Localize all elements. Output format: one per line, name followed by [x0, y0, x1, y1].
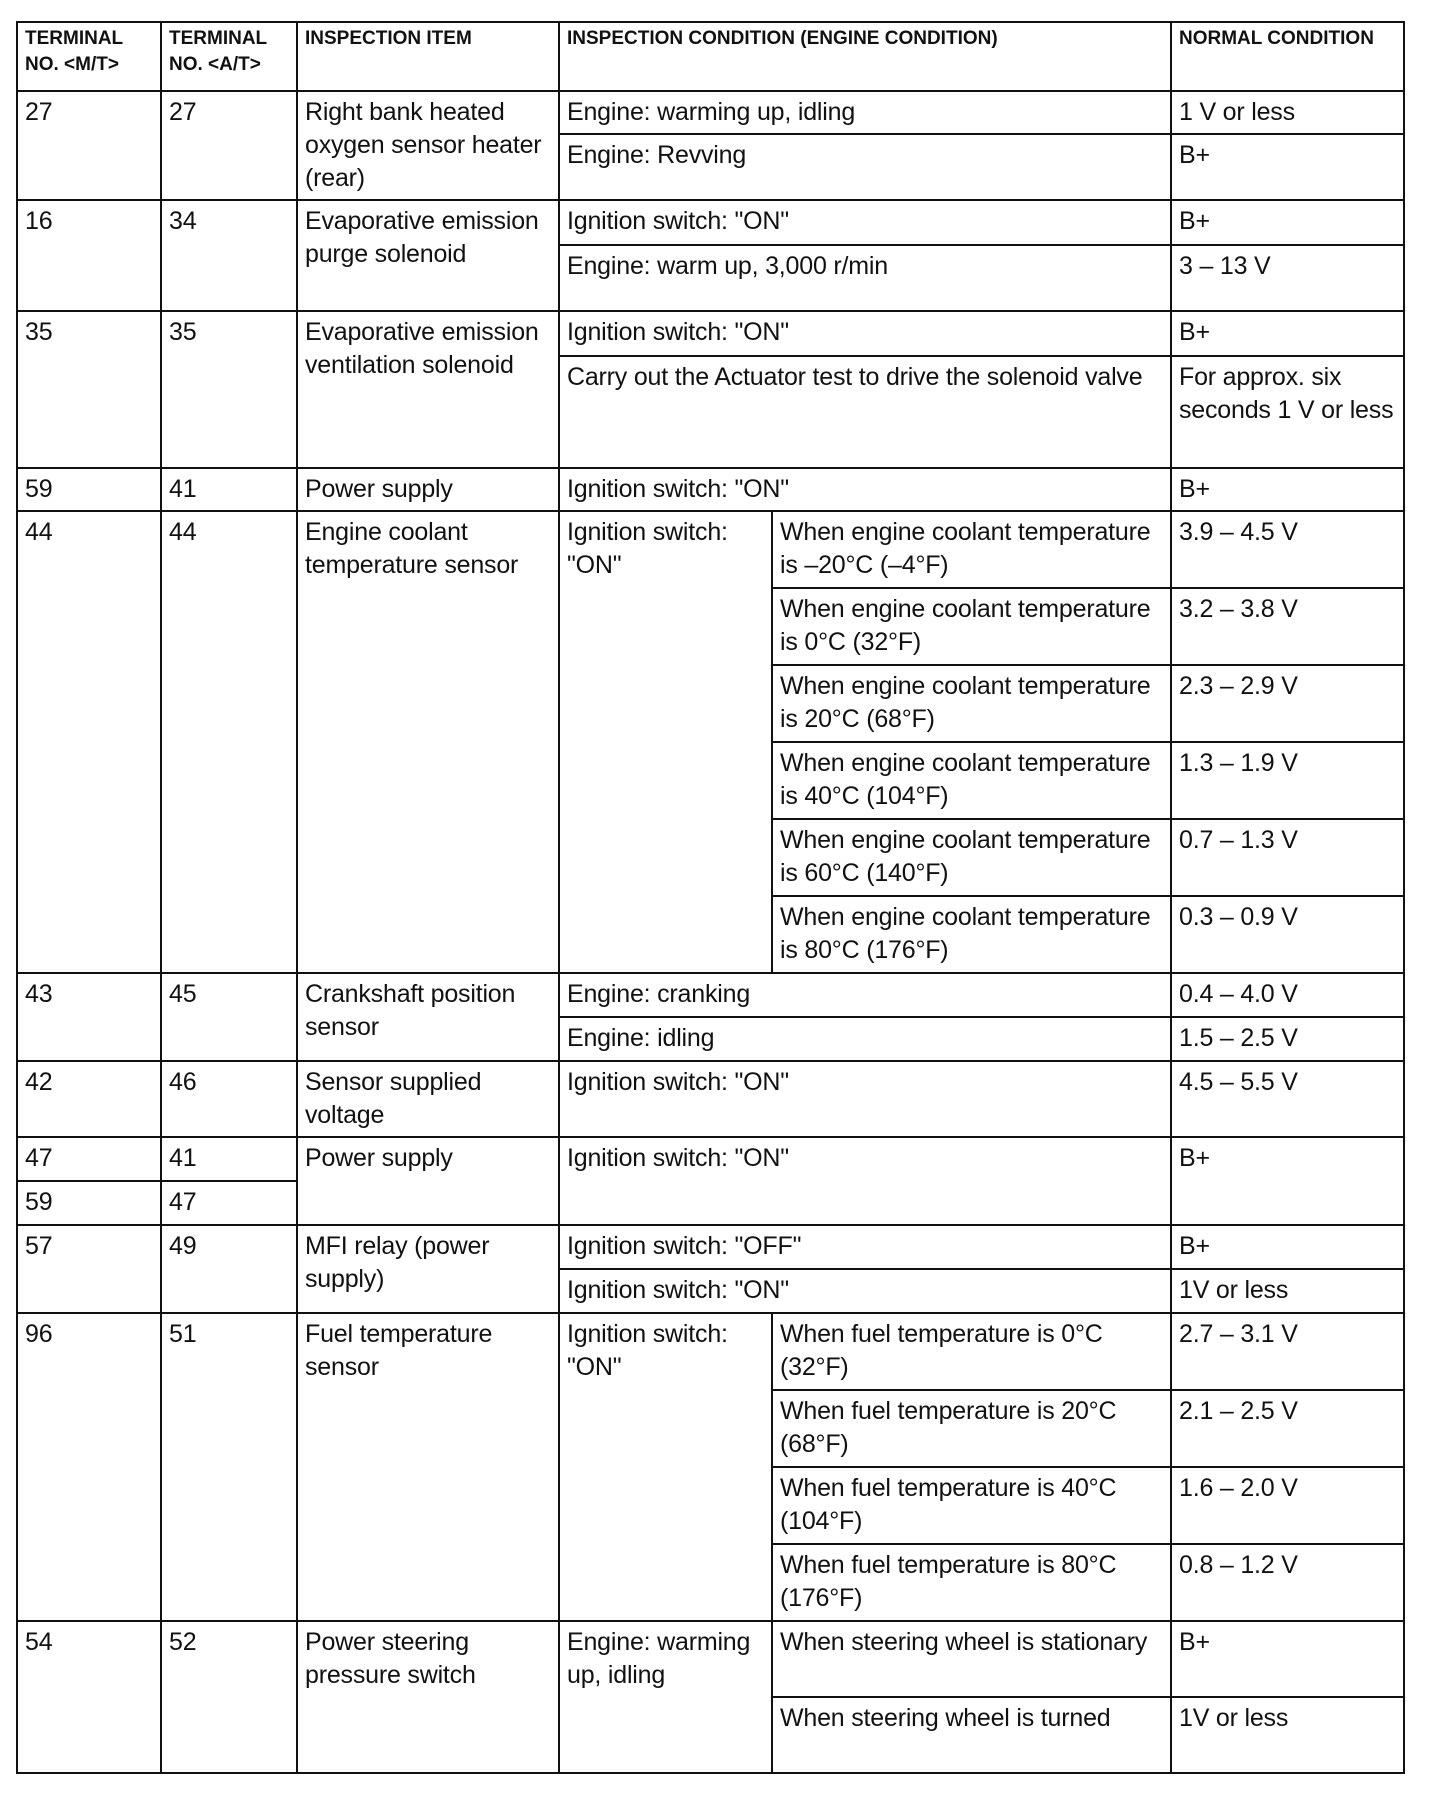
normal-condition: B+ — [1171, 311, 1404, 356]
normal-condition: 3 – 13 V — [1171, 245, 1404, 311]
normal-condition: 2.7 – 3.1 V — [1171, 1313, 1404, 1390]
inspection-condition: Ignition switch: "ON" — [559, 468, 1171, 511]
inspection-condition: Ignition switch: "ON" — [559, 1137, 1171, 1225]
normal-condition: 1.3 – 1.9 V — [1171, 742, 1404, 819]
inspection-condition: Ignition switch: "ON" — [559, 1061, 1171, 1137]
table-row: 47 41 Power supply Ignition switch: "ON"… — [17, 1137, 1404, 1181]
terminal-mt: 59 — [17, 468, 161, 511]
terminal-at: 41 — [161, 1137, 297, 1181]
inspection-condition: Ignition switch: "ON" — [559, 200, 1171, 245]
normal-condition: B+ — [1171, 200, 1404, 245]
sub-condition: When fuel temperature is 80°C (176°F) — [772, 1544, 1171, 1621]
terminal-at: 45 — [161, 973, 297, 1061]
table-row: 59 41 Power supply Ignition switch: "ON"… — [17, 468, 1404, 511]
normal-condition: 1.5 – 2.5 V — [1171, 1017, 1404, 1061]
inspection-condition: Ignition switch: "ON" — [559, 311, 1171, 356]
terminal-at: 51 — [161, 1313, 297, 1621]
table-row: 35 35 Evaporative emission ventilation s… — [17, 311, 1404, 356]
terminal-mt: 35 — [17, 311, 161, 468]
sub-condition: When fuel temperature is 0°C (32°F) — [772, 1313, 1171, 1390]
main-condition: Ignition switch: "ON" — [559, 511, 772, 973]
inspection-item: Engine coolant temperature sensor — [297, 511, 559, 973]
inspection-item: Evaporative emission purge solenoid — [297, 200, 559, 311]
sub-condition: When engine coolant temperature is 0°C (… — [772, 588, 1171, 665]
inspection-condition: Engine: cranking — [559, 973, 1171, 1017]
terminal-at: 49 — [161, 1225, 297, 1313]
inspection-condition: Engine: Revving — [559, 134, 1171, 200]
inspection-condition: Engine: idling — [559, 1017, 1171, 1061]
inspection-item: Power supply — [297, 1137, 559, 1225]
normal-condition: B+ — [1171, 1621, 1404, 1697]
terminal-inspection-table: TERMINAL NO. <M/T> TERMINAL NO. <A/T> IN… — [16, 21, 1405, 1774]
sub-condition: When steering wheel is turned — [772, 1697, 1171, 1773]
normal-condition: For approx. six seconds 1 V or less — [1171, 356, 1404, 468]
terminal-mt: 16 — [17, 200, 161, 311]
header-inspection-item: INSPECTION ITEM — [297, 22, 559, 91]
normal-condition: 1V or less — [1171, 1697, 1404, 1773]
normal-condition: 2.1 – 2.5 V — [1171, 1390, 1404, 1467]
header-inspection-condition: INSPECTION CONDITION (ENGINE CONDITION) — [559, 22, 1171, 91]
sub-condition: When engine coolant temperature is 60°C … — [772, 819, 1171, 896]
table-row: 96 51 Fuel temperature sensor Ignition s… — [17, 1313, 1404, 1390]
normal-condition: 3.9 – 4.5 V — [1171, 511, 1404, 588]
header-normal-condition: NORMAL CONDITION — [1171, 22, 1404, 91]
terminal-at: 47 — [161, 1181, 297, 1225]
terminal-at: 44 — [161, 511, 297, 973]
sub-condition: When engine coolant temperature is 20°C … — [772, 665, 1171, 742]
inspection-item: Fuel temperature sensor — [297, 1313, 559, 1621]
inspection-condition: Engine: warm up, 3,000 r/min — [559, 245, 1171, 311]
terminal-at: 27 — [161, 91, 297, 200]
table-row: 57 49 MFI relay (power supply) Ignition … — [17, 1225, 1404, 1269]
terminal-at: 46 — [161, 1061, 297, 1137]
inspection-item: Right bank heated oxygen sensor heater (… — [297, 91, 559, 200]
table-row: 42 46 Sensor supplied voltage Ignition s… — [17, 1061, 1404, 1137]
inspection-item: Sensor supplied voltage — [297, 1061, 559, 1137]
sub-condition: When steering wheel is stationary — [772, 1621, 1171, 1697]
main-condition: Ignition switch: "ON" — [559, 1313, 772, 1621]
table-row: 54 52 Power steering pressure switch Eng… — [17, 1621, 1404, 1697]
inspection-condition: Ignition switch: "OFF" — [559, 1225, 1171, 1269]
inspection-condition: Carry out the Actuator test to drive the… — [559, 356, 1171, 468]
table-row: 44 44 Engine coolant temperature sensor … — [17, 511, 1404, 588]
normal-condition: 4.5 – 5.5 V — [1171, 1061, 1404, 1137]
terminal-mt: 59 — [17, 1181, 161, 1225]
sub-condition: When fuel temperature is 20°C (68°F) — [772, 1390, 1171, 1467]
sub-condition: When engine coolant temperature is 40°C … — [772, 742, 1171, 819]
normal-condition: 2.3 – 2.9 V — [1171, 665, 1404, 742]
normal-condition: 1V or less — [1171, 1269, 1404, 1313]
normal-condition: 0.8 – 1.2 V — [1171, 1544, 1404, 1621]
terminal-mt: 42 — [17, 1061, 161, 1137]
normal-condition: 0.3 – 0.9 V — [1171, 896, 1404, 973]
normal-condition: B+ — [1171, 1137, 1404, 1225]
normal-condition: B+ — [1171, 1225, 1404, 1269]
inspection-item: MFI relay (power supply) — [297, 1225, 559, 1313]
inspection-item: Evaporative emission ventilation solenoi… — [297, 311, 559, 468]
table-row: 43 45 Crankshaft position sensor Engine:… — [17, 973, 1404, 1017]
normal-condition: 0.4 – 4.0 V — [1171, 973, 1404, 1017]
main-condition: Engine: warming up, idling — [559, 1621, 772, 1773]
table-row: 27 27 Right bank heated oxygen sensor he… — [17, 91, 1404, 134]
inspection-condition: Ignition switch: "ON" — [559, 1269, 1171, 1313]
terminal-mt: 27 — [17, 91, 161, 200]
terminal-at: 52 — [161, 1621, 297, 1773]
normal-condition: 3.2 – 3.8 V — [1171, 588, 1404, 665]
header-terminal-at: TERMINAL NO. <A/T> — [161, 22, 297, 91]
normal-condition: B+ — [1171, 134, 1404, 200]
terminal-at: 41 — [161, 468, 297, 511]
terminal-mt: 43 — [17, 973, 161, 1061]
inspection-condition: Engine: warming up, idling — [559, 91, 1171, 134]
normal-condition: B+ — [1171, 468, 1404, 511]
table-row: 16 34 Evaporative emission purge solenoi… — [17, 200, 1404, 245]
terminal-at: 35 — [161, 311, 297, 468]
normal-condition: 1.6 – 2.0 V — [1171, 1467, 1404, 1544]
sub-condition: When engine coolant temperature is 80°C … — [772, 896, 1171, 973]
normal-condition: 0.7 – 1.3 V — [1171, 819, 1404, 896]
normal-condition: 1 V or less — [1171, 91, 1404, 134]
terminal-mt: 54 — [17, 1621, 161, 1773]
inspection-item: Power supply — [297, 468, 559, 511]
inspection-item: Crankshaft position sensor — [297, 973, 559, 1061]
terminal-mt: 47 — [17, 1137, 161, 1181]
terminal-mt: 96 — [17, 1313, 161, 1621]
terminal-at: 34 — [161, 200, 297, 311]
header-row: TERMINAL NO. <M/T> TERMINAL NO. <A/T> IN… — [17, 22, 1404, 91]
sub-condition: When fuel temperature is 40°C (104°F) — [772, 1467, 1171, 1544]
terminal-mt: 44 — [17, 511, 161, 973]
terminal-mt: 57 — [17, 1225, 161, 1313]
inspection-item: Power steering pressure switch — [297, 1621, 559, 1773]
sub-condition: When engine coolant temperature is –20°C… — [772, 511, 1171, 588]
header-terminal-mt: TERMINAL NO. <M/T> — [17, 22, 161, 91]
